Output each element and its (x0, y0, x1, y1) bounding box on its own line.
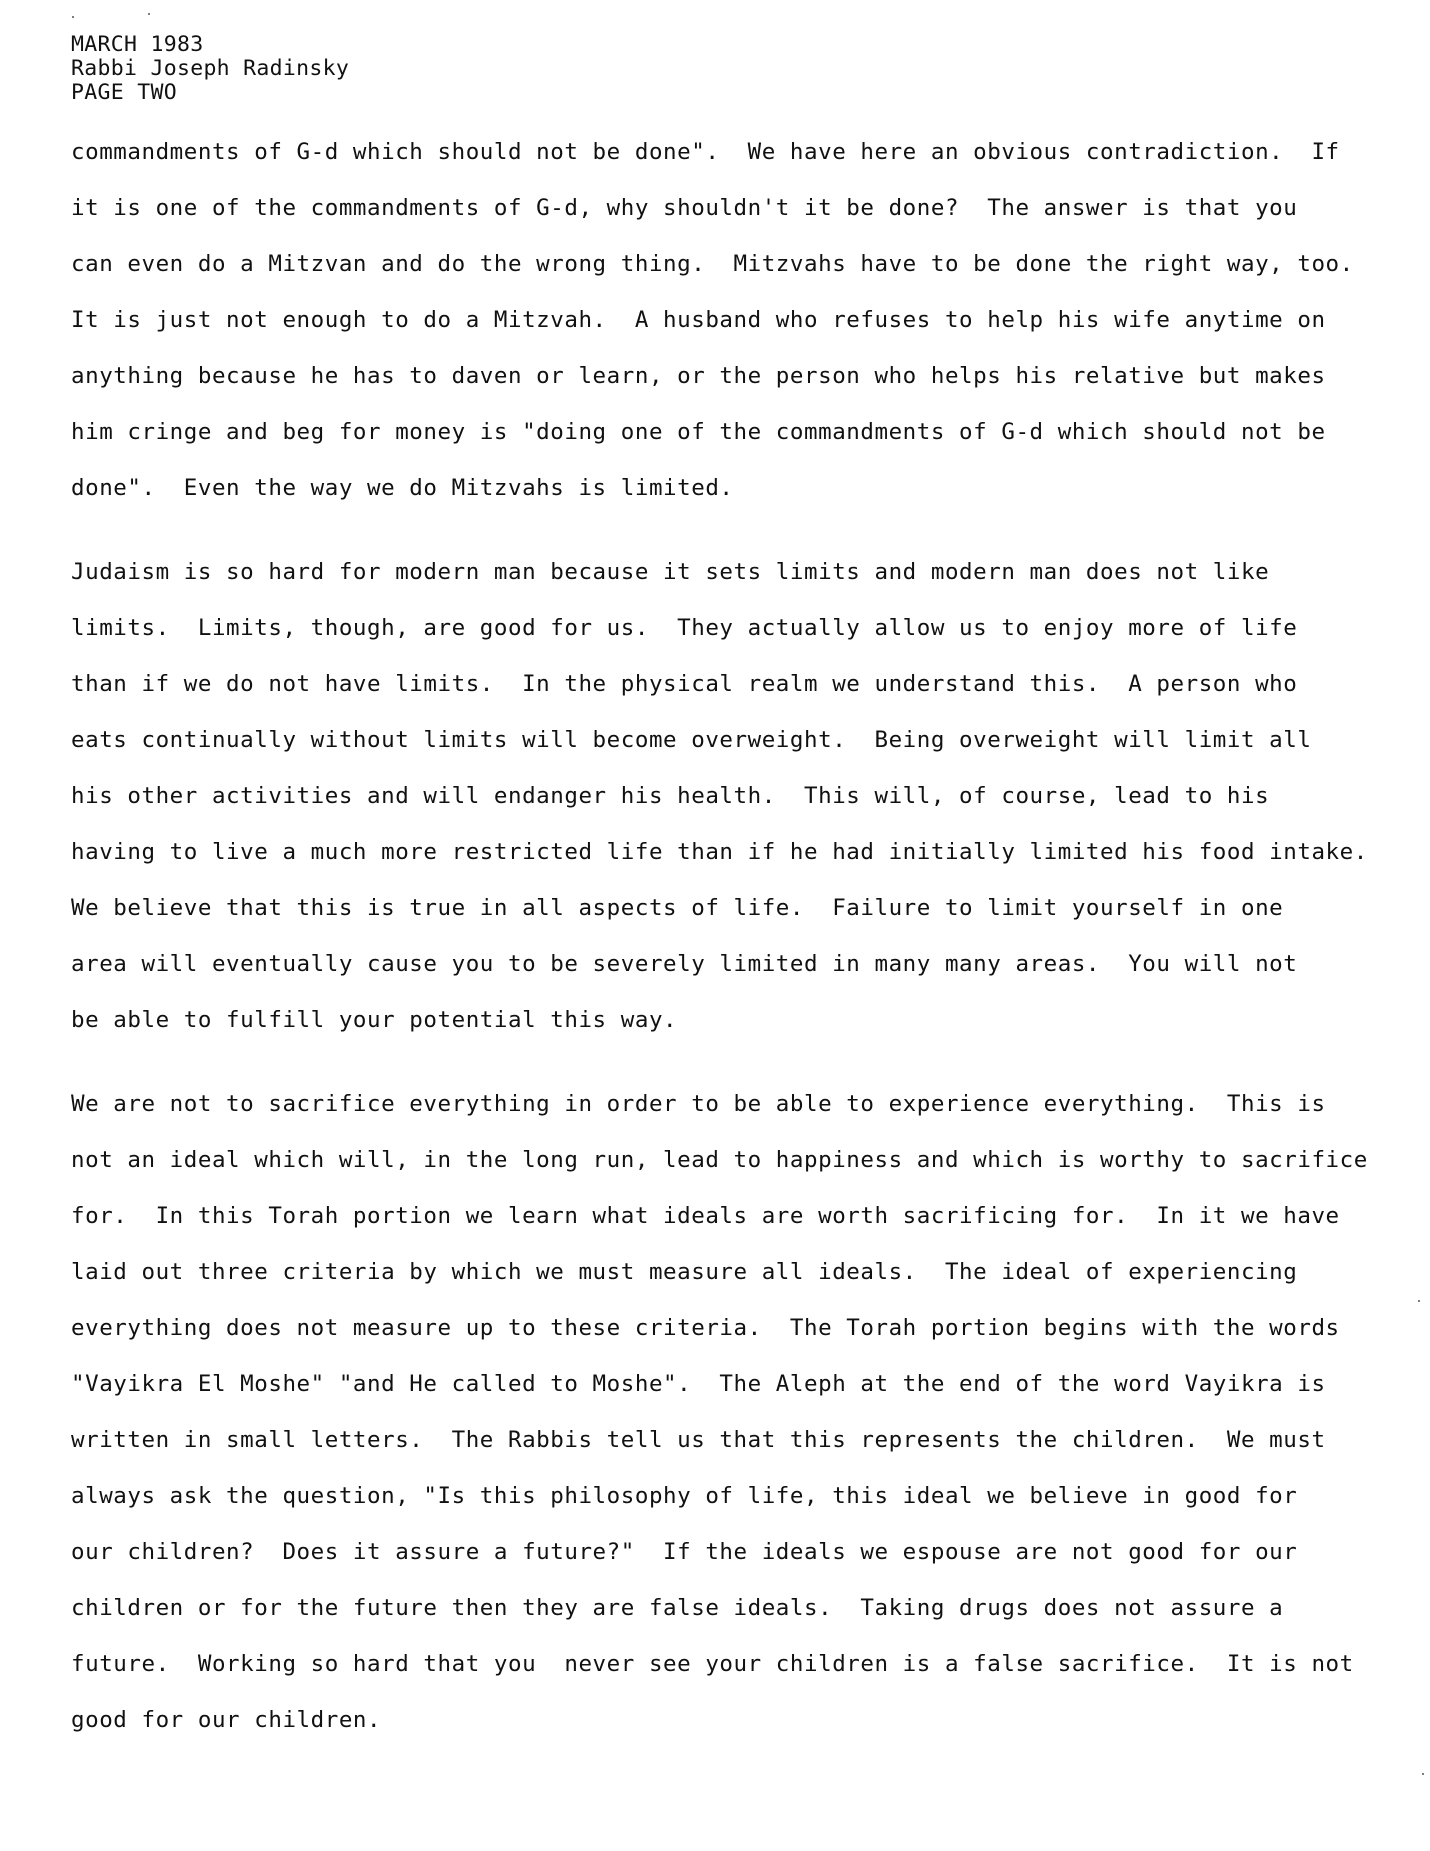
header-author: Rabbi Joseph Radinsky (71, 57, 349, 81)
text-line: anything because he has to daven or lear… (71, 361, 1421, 417)
text-line: done". Even the way we do Mitzvahs is li… (71, 473, 1421, 529)
scan-speck (148, 13, 150, 15)
text-line: can even do a Mitzvan and do the wrong t… (71, 249, 1421, 305)
scan-speck (72, 16, 74, 18)
text-line: area will eventually cause you to be sev… (71, 949, 1421, 1005)
text-line: everything does not measure up to these … (71, 1313, 1421, 1369)
text-line: "Vayikra El Moshe" "and He called to Mos… (71, 1369, 1421, 1425)
text-line: our children? Does it assure a future?" … (71, 1537, 1421, 1593)
text-line: having to live a much more restricted li… (71, 837, 1421, 893)
paragraph-gap (71, 1061, 1421, 1089)
text-line: good for our children. (71, 1705, 1421, 1761)
header-date: MARCH 1983 (71, 33, 349, 57)
text-line: than if we do not have limits. In the ph… (71, 669, 1421, 725)
text-line: limits. Limits, though, are good for us.… (71, 613, 1421, 669)
paragraph: We are not to sacrifice everything in or… (71, 1089, 1421, 1761)
header-page-label: PAGE TWO (71, 81, 349, 105)
text-line: We believe that this is true in all aspe… (71, 893, 1421, 949)
text-line: be able to fulfill your potential this w… (71, 1005, 1421, 1061)
text-line: It is just not enough to do a Mitzvah. A… (71, 305, 1421, 361)
text-line: written in small letters. The Rabbis tel… (71, 1425, 1421, 1481)
text-line: commandments of G-d which should not be … (71, 137, 1421, 193)
text-line: for. In this Torah portion we learn what… (71, 1201, 1421, 1257)
text-line: eats continually without limits will bec… (71, 725, 1421, 781)
text-line: We are not to sacrifice everything in or… (71, 1089, 1421, 1145)
text-line: it is one of the commandments of G-d, wh… (71, 193, 1421, 249)
paragraph-gap (71, 529, 1421, 557)
paragraph: Judaism is so hard for modern man becaus… (71, 557, 1421, 1061)
text-line: always ask the question, "Is this philos… (71, 1481, 1421, 1537)
text-line: Judaism is so hard for modern man becaus… (71, 557, 1421, 613)
text-line: not an ideal which will, in the long run… (71, 1145, 1421, 1201)
document-header: MARCH 1983 Rabbi Joseph Radinsky PAGE TW… (71, 33, 349, 105)
text-line: future. Working so hard that you never s… (71, 1649, 1421, 1705)
paragraph: commandments of G-d which should not be … (71, 137, 1421, 529)
text-line: laid out three criteria by which we must… (71, 1257, 1421, 1313)
text-line: children or for the future then they are… (71, 1593, 1421, 1649)
document-body: commandments of G-d which should not be … (71, 137, 1421, 1761)
text-line: his other activities and will endanger h… (71, 781, 1421, 837)
scan-speck (1422, 1773, 1424, 1775)
text-line: him cringe and beg for money is "doing o… (71, 417, 1421, 473)
document-page: MARCH 1983 Rabbi Joseph Radinsky PAGE TW… (0, 0, 1430, 1851)
